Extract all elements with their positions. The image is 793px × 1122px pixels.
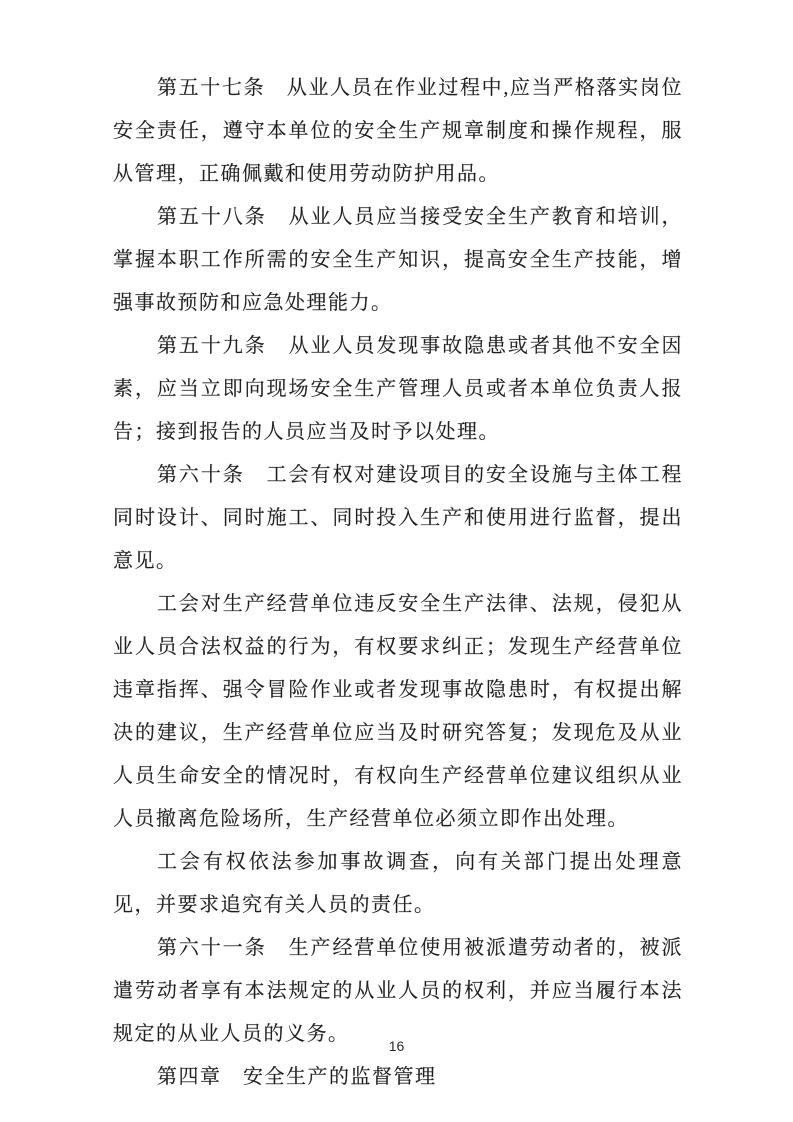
chapter-heading: 第四章 安全生产的监督管理 bbox=[113, 1056, 683, 1099]
document-page: 第五十七条 从业人员在作业过程中,应当严格落实岗位安全责任，遵守本单位的安全生产… bbox=[0, 0, 793, 1122]
document-body: 第五十七条 从业人员在作业过程中,应当严格落实岗位安全责任，遵守本单位的安全生产… bbox=[113, 67, 683, 1099]
page-number: 16 bbox=[0, 1038, 793, 1054]
paragraph-article-57: 第五十七条 从业人员在作业过程中,应当严格落实岗位安全责任，遵守本单位的安全生产… bbox=[113, 67, 683, 196]
paragraph-article-58: 第五十八条 从业人员应当接受安全生产教育和培训，掌握本职工作所需的安全生产知识，… bbox=[113, 196, 683, 325]
paragraph-article-60-clause-3: 工会有权依法参加事故调查，向有关部门提出处理意见，并要求追究有关人员的责任。 bbox=[113, 841, 683, 927]
paragraph-article-59: 第五十九条 从业人员发现事故隐患或者其他不安全因素，应当立即向现场安全生产管理人… bbox=[113, 325, 683, 454]
paragraph-article-60: 第六十条 工会有权对建设项目的安全设施与主体工程同时设计、同时施工、同时投入生产… bbox=[113, 454, 683, 583]
paragraph-article-60-clause-2: 工会对生产经营单位违反安全生产法律、法规，侵犯从业人员合法权益的行为，有权要求纠… bbox=[113, 583, 683, 841]
paragraph-article-61: 第六十一条 生产经营单位使用被派遣劳动者的，被派遣劳动者享有本法规定的从业人员的… bbox=[113, 927, 683, 1056]
